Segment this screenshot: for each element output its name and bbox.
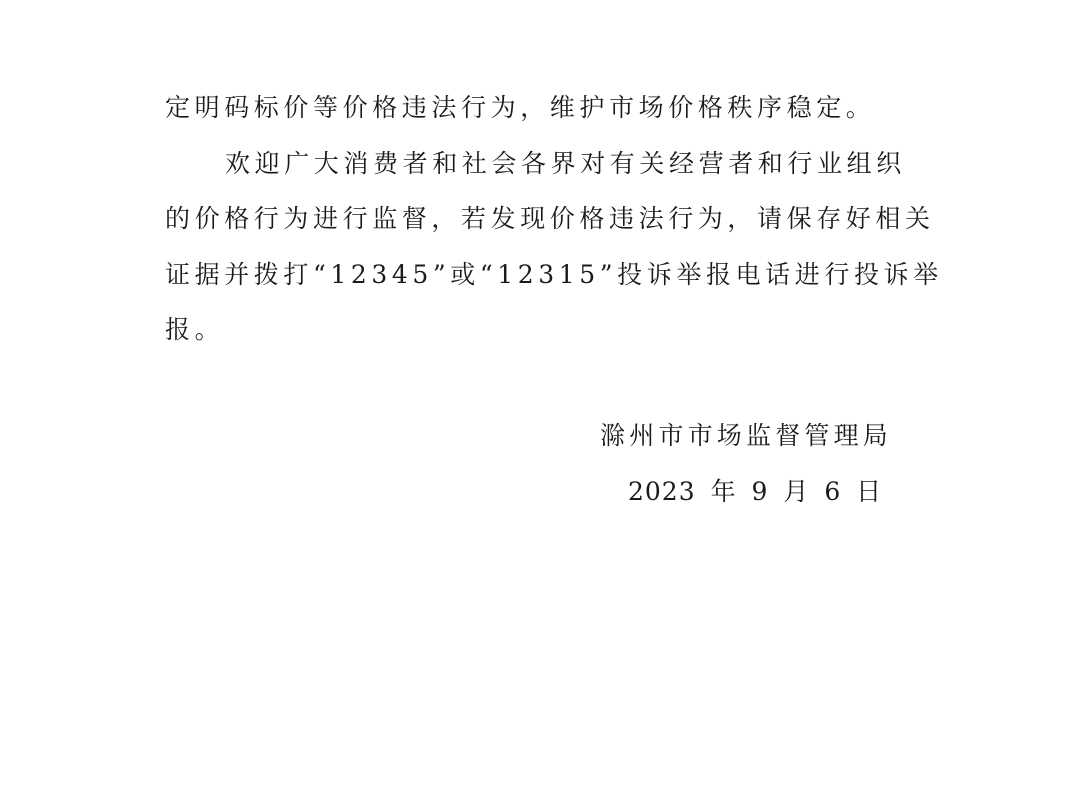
paragraph-1-line-1: 定明码标价等价格违法行为，维护市场价格秩序稳定。	[165, 92, 925, 124]
paragraph-2-line-3: 证据并拨打“12345”或“12315”投诉举报电话进行投诉举	[165, 259, 925, 291]
signature-date: 2023 年 9 月 6 日	[628, 476, 882, 508]
signature-organization: 滁州市市场监督管理局	[600, 420, 892, 452]
document-page: 定明码标价等价格违法行为，维护市场价格秩序稳定。 欢迎广大消费者和社会各界对有关…	[0, 0, 1080, 786]
paragraph-2-line-2: 的价格行为进行监督，若发现价格违法行为，请保存好相关	[165, 203, 925, 235]
paragraph-2-line-4: 报。	[165, 314, 925, 346]
paragraph-2-line-1: 欢迎广大消费者和社会各界对有关经营者和行业组织	[225, 148, 985, 180]
